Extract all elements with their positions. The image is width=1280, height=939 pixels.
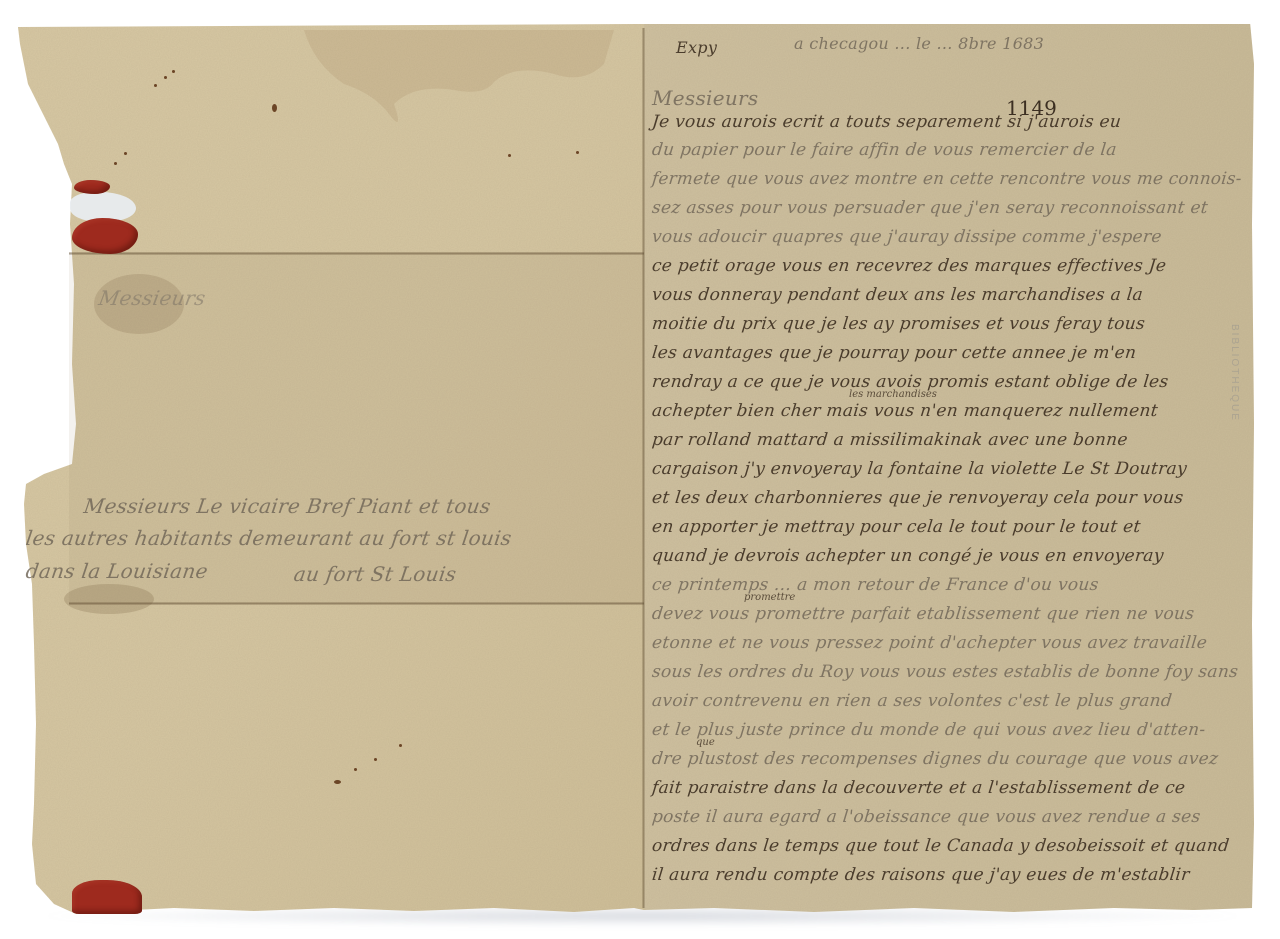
cover-salutation: Messieurs [97,286,208,310]
letter-line: vous donneray pendant deux ans les march… [651,285,1144,305]
letter-line: devez vous promettre parfait etablisseme… [651,604,1195,624]
docket-mark: Expy [676,38,717,57]
address-line-1: Messieurs Le vicaire Bref Piant et tous [82,494,492,518]
letter-line: fermete que vous avez montre en cette re… [651,169,1243,189]
address-line-2: les autres habitants demeurant au fort s… [24,526,513,550]
address-side: Messieurs Messieurs Le vicaire Bref Pian… [14,24,644,914]
address-line-3: dans la Louisiane [24,559,209,583]
letter-line: poste il aura egard a l'obeissance que v… [651,807,1202,827]
letter-line: ordres dans le temps que tout le Canada … [651,836,1230,856]
interlinear-note: les marchandises [849,389,937,400]
salutation: Messieurs [652,86,758,110]
letter-line: moitie du prix que je les ay promises et… [651,314,1146,334]
letter-line: vous adoucir quapres que j'auray dissipe… [651,227,1163,247]
letter-line: ce petit orage vous en recevrez des marq… [651,256,1167,276]
letter-sheet: Messieurs Messieurs Le vicaire Bref Pian… [14,24,1256,914]
letter-line: les avantages que je pourray pour cette … [651,343,1137,363]
letter-line: fait paraistre dans la decouverte et a l… [651,778,1186,798]
letter-line: du papier pour le faire affin de vous re… [651,140,1118,160]
letter-body-side: Expy a checagou ... le ... 8bre 1683 114… [644,24,1256,914]
letter-line: avoir contrevenu en rien a ses volontes … [651,691,1173,711]
letter-line: par rolland mattard a missilimakinak ave… [651,430,1129,450]
letter-line: dre plustost des recompenses dignes du c… [651,749,1219,769]
letter-line: ce printemps ... a mon retour de France … [651,575,1100,595]
letter-line: il aura rendu compte des raisons que j'a… [651,865,1191,885]
letter-line: achepter bien cher mais vous n'en manque… [651,401,1159,421]
address-line-4: au fort St Louis [292,562,458,586]
letter-line: en apporter je mettray pour cela le tout… [651,517,1142,537]
interlinear-note: promettre [744,592,795,603]
letter-line: quand je devrois achepter un congé je vo… [651,546,1165,566]
letter-line: cargaison j'y envoyeray la fontaine la v… [651,459,1188,479]
letter-line: sez asses pour vous persuader que j'en s… [651,198,1209,218]
letter-line: et le plus juste prince du monde de qui … [651,720,1207,740]
library-stamp: BIBLIOTHEQUE [1226,324,1240,474]
interlinear-note: que [696,737,715,748]
dateline: a checagou ... le ... 8bre 1683 [794,34,1044,53]
letter-line: etonne et ne vous pressez point d'achept… [651,633,1208,653]
letter-line: Je vous aurois ecrit a touts separement … [651,112,1122,132]
letter-line: sous les ordres du Roy vous vous estes e… [651,662,1239,682]
letter-line: et les deux charbonnieres que je renvoye… [651,488,1184,508]
letter-photo: Messieurs Messieurs Le vicaire Bref Pian… [0,0,1280,939]
